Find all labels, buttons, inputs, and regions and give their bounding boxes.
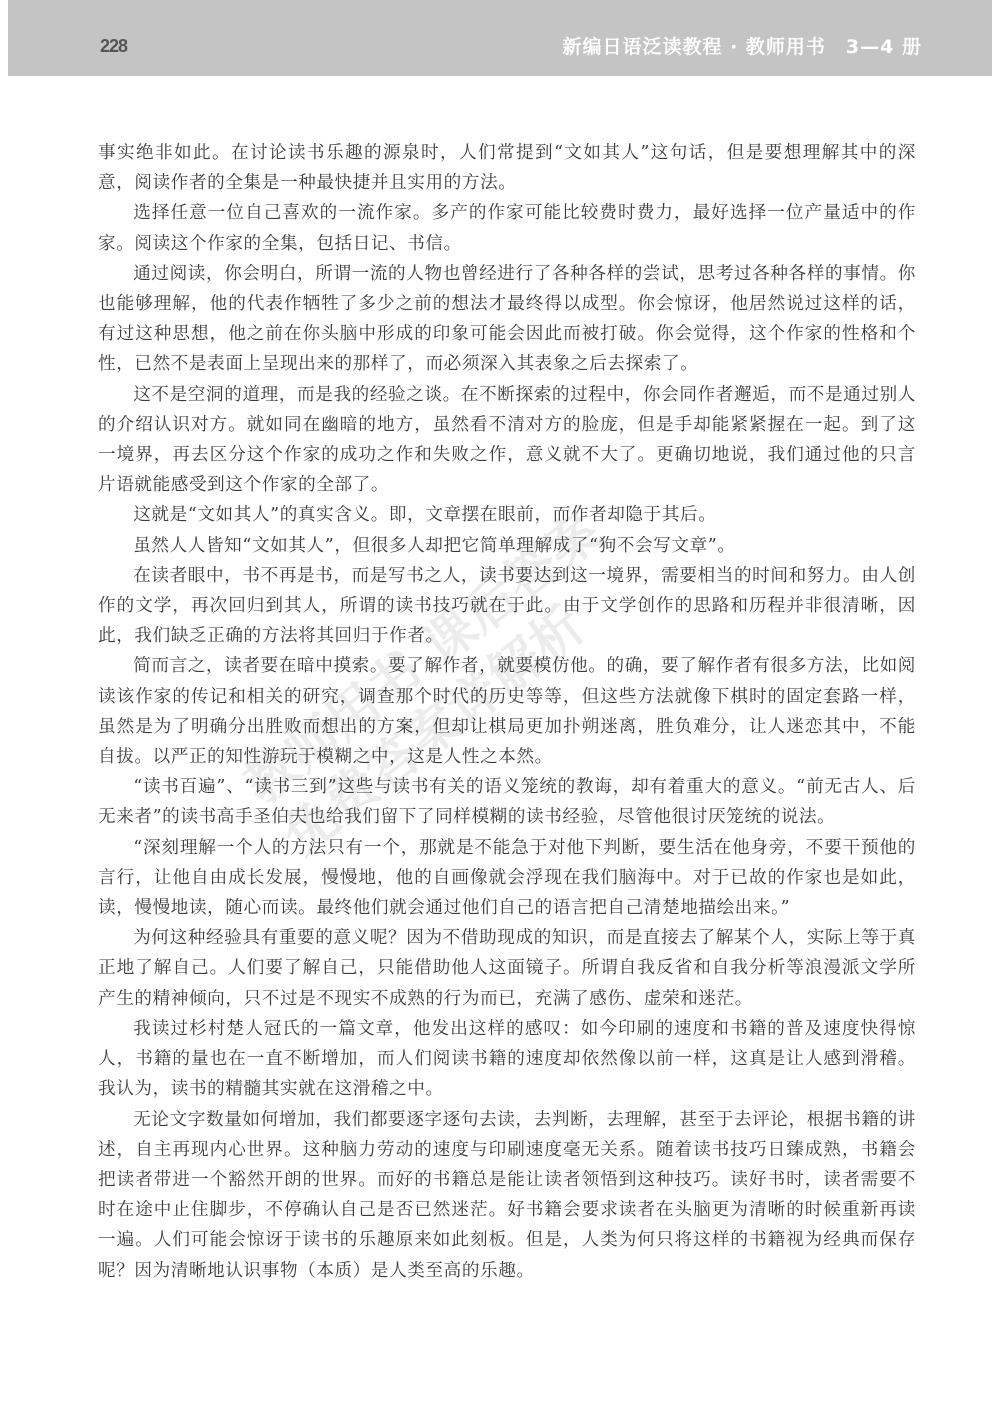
paragraph: 选择任意一位自己喜欢的一流作家。多产的作家可能比较费时费力，最好选择一位产量适中… [98,198,916,258]
paragraph: 事实绝非如此。在讨论读书乐趣的源泉时，人们常提到“文如其人”这句话，但是要想理解… [98,138,916,198]
paragraph: 无论文字数量如何增加，我们都要逐字逐句去读，去判断，去理解，甚至于去评论，根据书… [98,1105,916,1286]
paragraph: 简而言之，读者要在暗中摸索。要了解作者，就要模仿他。的确，要了解作者有很多方法，… [98,651,916,772]
paragraph: 虽然人人皆知“文如其人”，但很多人却把它简单理解成了“狗不会写文章”。 [98,531,916,561]
paragraph: 为何这种经验具有重要的意义呢？因为不借助现成的知识，而是直接去了解某个人，实际上… [98,923,916,1014]
paragraph: 这就是“文如其人”的真实含义。即，文章摆在眼前，而作者却隐于其后。 [98,500,916,530]
paragraph: 通过阅读，你会明白，所谓一流的人物也曾经进行了各种各样的尝试，思考过各种各样的事… [98,259,916,380]
paragraph: “读书百遍”、“读书三到”这些与读书有关的语义笼统的教诲，却有着重大的意义。“前… [98,772,916,832]
body-text: 事实绝非如此。在讨论读书乐趣的源泉时，人们常提到“文如其人”这句话，但是要想理解… [98,138,916,1286]
quote-paragraph: “深刻理解一个人的方法只有一个，那就是不能急于对他下判断，要生活在他身旁，不要干… [98,833,916,924]
paragraph: 我读过杉村楚人冠氏的一篇文章，他发出这样的感叹：如今印刷的速度和书籍的普及速度快… [98,1014,916,1105]
page-header: 228 新编日语泛读教程 · 教师用书 3—4 册 [8,0,992,76]
book-title: 新编日语泛读教程 · 教师用书 3—4 册 [562,32,922,59]
page-number: 228 [100,36,127,57]
paragraph: 在读者眼中，书不再是书，而是写书之人，读书要达到这一境界，需要相当的时间和努力。… [98,561,916,652]
paragraph: 这不是空洞的道理，而是我的经验之谈。在不断探索的过程中，你会同作者邂逅，而不是通… [98,380,916,501]
